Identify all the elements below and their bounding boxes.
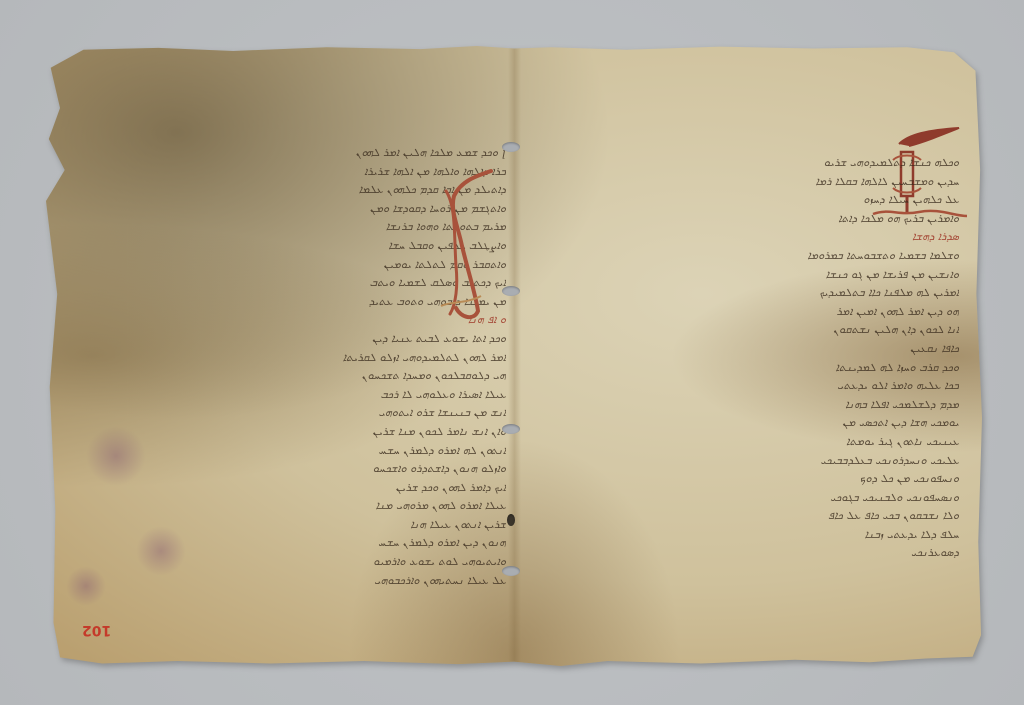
text-line: ܥܝܠܐ ܐܣܝܪܐ ܘܥܠܘܗܝ ܠܐ ܪܟܒ xyxy=(146,386,506,405)
text-line: ܥܠ ܥܝܠܐ ܢܚܬܝܗܘܢ ܘܐܪܟܒܘܗܝ xyxy=(146,572,506,591)
right-page-text: ܘܟܠܗ ܟܢܫܐ ܕܬܠܡܝܕܘܗܝ ܫܪܝܘ ܚܕܝܢ ܘܡܫܒܚܝܢ ܠܐ… xyxy=(569,154,959,624)
text-line: ܘܐܢ ܐܢܫ ܢܐܡܪ ܠܟܘܢ ܡܢܐ ܫܪܝܢ xyxy=(146,423,506,442)
text-line: ܒܟܐ ܥܠܝܗ ܘܐܡܪ ܐܠܘ ܝܕܥܬܝ xyxy=(569,377,959,396)
text-line: ܘܢܣܚܦܘܢܟܝ ܘܠܒܢܝܟܝ ܒܓܘܟܝ xyxy=(569,489,959,508)
left-page: ꞁ ܘܟܕ ܫܡܥ ܡܠܟܐ ܗܠܝܢ ܐܡܪ ܠܗܘܢ ܒܪܐ ܕܐܠܗܐ ܘ… xyxy=(46,46,514,666)
rubric-heading: ܣܕܪܐ ܕܗܫܐ xyxy=(569,228,959,247)
text-line: ܐܡܪܝܢ ܠܗ ܡܠܦܢܐ ܟܐܐ ܒܬܠܡܝܕܝܟ xyxy=(569,284,959,303)
text-line: ܘܟܕ ܐܬܐ ܝܫܘܥ ܠܒܝܬ ܥܢܝܐ ܕܝܢ xyxy=(146,330,506,349)
text-line: ܘܐܢܫܝܢ ܡܢ ܦܪܝܫܐ ܡܢ ܓܘ ܟܢܫܐ xyxy=(569,266,959,285)
text-line: ܘܠܐ ܢܫܒܩܘܢ ܒܟܝ ܟܐܦ ܥܠ ܟܐܦ xyxy=(569,507,959,526)
left-ornamented-initial-icon xyxy=(436,166,506,326)
text-line: ܐܢܐ ܠܟܘܢ ܕܐܢ ܗܠܝܢ ܢܫܬܩܘܢ xyxy=(569,321,959,340)
parchment: ꞁ ܘܟܕ ܫܡܥ ܡܠܟܐ ܗܠܝܢ ܐܡܪ ܠܗܘܢ ܒܪܐ ܕܐܠܗܐ ܘ… xyxy=(46,46,982,666)
text-line: ܚܠܦ ܕܠܐ ܝܕܥܬܝ ܙܒܢܐ xyxy=(569,526,959,545)
right-page: ܘܟܠܗ ܟܢܫܐ ܕܬܠܡܝܕܘܗܝ ܫܪܝܘ ܚܕܝܢ ܘܡܫܒܚܝܢ ܠܐ… xyxy=(514,46,982,666)
text-line: ܘܐܙܠܘ ܗܢܘܢ ܕܐܫܬܕܪܘ ܘܐܫܟܚܘ xyxy=(146,460,506,479)
text-line: ܐܢܫ ܡܢ ܒܢܝܢܫܐ ܫܪܘ ܐܝܬܘܗܝ xyxy=(146,404,506,423)
text-line: ܐܡܪ ܠܗܘܢ ܠܬܠܡܝܕܘܗܝ ܐܙܠܘ ܠܩܪܝܬܐ xyxy=(146,349,506,368)
text-line: ܘܢܚܦܘܢܟܝ ܡܢ ܟܠ ܕܘܟ xyxy=(569,470,959,489)
text-line: ܘܫܠܡܐ ܒܫܡܝܐ ܘܬܫܒܘܚܬܐ ܒܡܪܘܡܐ xyxy=(569,247,959,266)
photograph: ꞁ ܘܟܕ ܫܡܥ ܡܠܟܐ ܗܠܝܢ ܐܡܪ ܠܗܘܢ ܒܪܐ ܕܐܠܗܐ ܘ… xyxy=(0,0,1024,705)
folio-number: 102 xyxy=(82,622,111,638)
text-line: ܗܢܘܢ ܕܝܢ ܐܡܪܘ ܕܠܡܪܢ ܚܫܚ xyxy=(146,534,506,553)
text-line: ܐܢܬܘܢ ܠܗ ܐܡܪܘ ܕܠܡܪܢ ܚܫܚ xyxy=(146,442,506,461)
text-line: ܝܘܡܟܝ ܗܫܐ ܕܝܢ ܐܬܟܣܝ ܡܢ xyxy=(569,414,959,433)
text-line: ܗܘ ܕܝܢ ܐܡܪ ܠܗܘܢ ܐܡܝܢ ܐܡܪ xyxy=(569,303,959,322)
text-line: ܥܠ ܟܠܗܝܢ ܚܝܠܐ ܕܚܙܘ xyxy=(569,191,959,210)
text-line: ꞁ ܘܟܕ ܫܡܥ ܡܠܟܐ ܗܠܝܢ ܐܡܪ ܠܗܘܢ xyxy=(146,144,506,163)
text-line: ܕܣܘܥܪܢܟܝ xyxy=(569,544,959,563)
text-line: ܥܝܠܐ ܐܡܪܘ ܠܗܘܢ ܡܪܘܗܝ ܡܢܐ xyxy=(146,497,506,516)
text-line: ܐܝܟ ܕܐܡܪ ܠܗܘܢ ܘܟܕ ܫܪܝܢ xyxy=(146,479,506,498)
text-line: ܘܟܕ ܩܪܒ ܘܚܙܐ ܠܗ ܠܡܕܝܢܬܐ xyxy=(569,359,959,378)
text-line: ܚܕܝܢ ܘܡܫܒܚܝܢ ܠܐܠܗܐ ܒܩܠܐ ܪܡܐ xyxy=(569,173,959,192)
text-line: ܘܐܝܬܝܘܗܝ ܠܘܬ ܝܫܘܥ ܘܐܪܡܝܘ xyxy=(146,553,506,572)
text-line: ܗܝ ܕܠܘܩܒܠܟܘܢ ܘܡܚܕܐ ܬܫܟܚܘܢ xyxy=(146,367,506,386)
text-line: ܥܝܢܝܟܝ ܢܐܬܘܢ ܓܝܪ ܝܘܡܬܐ xyxy=(569,433,959,452)
text-line: ܥܠܝܟܝ ܘܢܚܕܪܘܢܟܝ ܒܥܠܕܒܒܝܟܝ xyxy=(569,452,959,471)
text-line: ܘܐܡܪܝܢ ܒܪܝܟ ܗܘ ܡܠܟܐ ܕܐܬܐ xyxy=(569,210,959,229)
manuscript-bifolium: ꞁ ܘܟܕ ܫܡܥ ܡܠܟܐ ܗܠܝܢ ܐܡܪ ܠܗܘܢ ܒܪܐ ܕܐܠܗܐ ܘ… xyxy=(46,46,982,666)
text-line: ܫܪܝܢ ܐܢܬܘܢ ܥܝܠܐ ܗܢܐ xyxy=(146,516,506,535)
text-line: ܘܟܠܗ ܟܢܫܐ ܕܬܠܡܝܕܘܗܝ ܫܪܝܘ xyxy=(569,154,959,173)
text-line: ܡܕܡ ܕܠܫܠܡܟܝ ܐܦܠܐ ܒܗܢܐ xyxy=(569,396,959,415)
text-line: ܟܐܦܐ ܢܩܥܝܢ xyxy=(569,340,959,359)
